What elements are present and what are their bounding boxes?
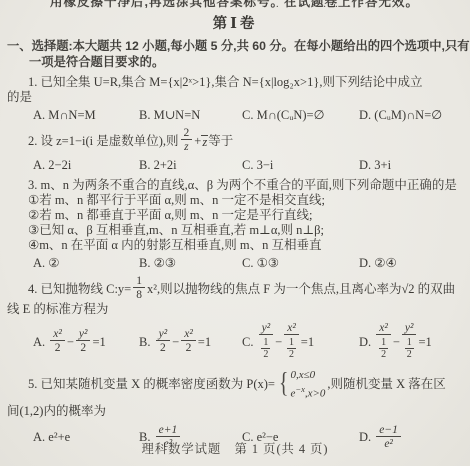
question-2-option-d: D. 3+i xyxy=(359,158,470,173)
fraction-numerator: x² xyxy=(50,328,65,341)
question-4-options: A. x² 2 − y² 2 =1 B. y² xyxy=(0,323,470,361)
part-title: 第Ⅰ卷 xyxy=(0,12,470,33)
question-5-stem-prefix: 5. 已知某随机变量 X 的概率密度函数为 P(x)= xyxy=(28,377,275,392)
question-5-stem-line-1: 5. 已知某随机变量 X 的概率密度函数为 P(x)= { 0,x≤0 e−x,… xyxy=(0,368,470,401)
question-3-option-a: A. ② xyxy=(33,256,139,271)
question-3-option-b: B. ②③ xyxy=(139,256,242,271)
fraction-denominator: 2 xyxy=(407,349,412,360)
fraction-2-over-z: 2 z xyxy=(181,127,193,153)
fraction-denominator: 2 xyxy=(80,341,86,354)
piecewise-row-1: 0,x≤0 xyxy=(290,368,325,382)
question-2-stem-prefix: 2. 设 z=1−i(i 是虚数单位),则 xyxy=(28,134,179,149)
exam-paper-page: 用橡皮擦干净后,再选涂其他答案标号。在试题卷上作答无效。 ···········… xyxy=(0,0,470,466)
fraction-one-half: 1 2 xyxy=(261,338,270,360)
fraction-one-half: 1 2 xyxy=(379,338,388,360)
fraction-denominator: 2 xyxy=(160,341,166,354)
paper-content: 第Ⅰ卷 一、选择题:本大题共 12 小题,每小题 5 分,共 60 分。在每小题… xyxy=(0,0,470,451)
fraction-y2-over-2: y² 2 xyxy=(76,328,91,354)
question-1-stem-line-1: 1. 已知全集 U=R,集合 M={x|2ˣ>1},集合 N={x|log₂x>… xyxy=(0,75,470,90)
question-5-stem-rest: ,则随机变量 X 落在区 xyxy=(327,377,445,392)
plus-sign: + xyxy=(194,134,201,149)
question-1-options: A. M∩N=M B. M∪N=N C. M∩(CᵤN)=∅ D. (CᵤM)∩… xyxy=(0,108,470,123)
left-brace: { xyxy=(279,371,288,397)
question-3-option-d: D. ②④ xyxy=(359,256,470,271)
question-2-stem: 2. 设 z=1−i(i 是虚数单位),则 2 z + z 等于 xyxy=(0,128,470,154)
question-3-item-1: ①若 m、n 都平行于平面 α,则 m、n 一定不是相交直线; xyxy=(0,193,470,208)
question-4-option-a: A. x² 2 − y² 2 =1 xyxy=(33,323,139,361)
instruction-line-1: 一、选择题:本大题共 12 小题,每小题 5 分,共 60 分。在每小题给出的四… xyxy=(0,39,470,55)
fraction-y2-over-2: y² 2 xyxy=(156,328,171,354)
equals-one: =1 xyxy=(301,335,314,350)
question-1-stem-line-2: 的是 xyxy=(0,90,470,105)
question-3-item-3: ③已知 α、β 互相垂直,m、n 互相垂直,若 m⊥α,则 n⊥β; xyxy=(0,223,470,238)
fraction-denominator: 1 2 xyxy=(287,335,296,360)
fraction-denominator: z xyxy=(184,140,188,153)
fraction-denominator: 1 2 xyxy=(261,335,270,360)
question-2-option-b: B. 2+2i xyxy=(139,158,242,173)
page-footer: 理科数学试题 第 1 页(共 4 页) xyxy=(0,439,470,457)
question-4-stem-rest: x²,则以抛物线的焦点 F 为一个焦点,且离心率为√2 的双曲 xyxy=(147,282,455,297)
fraction-1-over-8: 1 8 xyxy=(133,275,145,301)
question-4-option-b: B. y² 2 − x² 2 =1 xyxy=(139,323,242,361)
fraction-numerator: e+1 xyxy=(156,424,181,437)
instruction-line-2: 一项是符合题目要求的。 xyxy=(0,55,470,71)
fraction-x2-over-2: x² 2 xyxy=(50,328,65,354)
z-conjugate: z xyxy=(201,135,208,148)
question-2-options: A. 2−2i B. 2+2i C. 3−i D. 3+i xyxy=(0,158,470,173)
fraction-numerator: x² xyxy=(284,322,299,335)
fraction-numerator: 1 xyxy=(379,338,388,349)
fraction-x2-over-2: x² 2 xyxy=(181,328,196,354)
question-4-stem-line-2: 线 E 的标准方程为 xyxy=(0,302,470,317)
fraction-denominator: 2 xyxy=(186,341,192,354)
option-label: A. xyxy=(33,335,45,350)
piecewise-function: { 0,x≤0 e−x,x>0 xyxy=(277,368,325,401)
option-label: D. xyxy=(359,335,371,350)
fraction-numerator: y² xyxy=(402,322,417,335)
fraction-numerator: y² xyxy=(76,328,91,341)
fraction-numerator: e−1 xyxy=(376,424,401,437)
fraction-denominator: 2 xyxy=(263,349,268,360)
fraction-y2-over-half: y² 1 2 xyxy=(402,322,417,360)
question-2-stem-suffix: 等于 xyxy=(208,134,233,149)
question-2-option-c: C. 3−i xyxy=(242,158,359,173)
fraction-numerator: 1 xyxy=(287,338,296,349)
piecewise-row-2: e−x,x>0 xyxy=(290,382,325,401)
question-1: 1. 已知全集 U=R,集合 M={x|2ˣ>1},集合 N={x|log₂x>… xyxy=(0,75,470,123)
minus-sign: − xyxy=(172,335,179,350)
question-5-stem-line-2: 间(1,2)内的概率为 xyxy=(0,404,470,419)
fraction-numerator: y² xyxy=(259,322,274,335)
question-3-item-2: ②若 m、n 都垂直于平面 α,则 m、n 一定是平行直线; xyxy=(0,208,470,223)
question-3-stem: 3. m、n 为两条不重合的直线,α、β 为两个不重合的平面,则下列命题中正确的… xyxy=(0,178,470,193)
fraction-x2-over-half: x² 1 2 xyxy=(284,322,299,360)
option-label: C. xyxy=(242,335,253,350)
fraction-one-half: 1 2 xyxy=(405,338,414,360)
fraction-numerator: 1 xyxy=(133,275,145,288)
fraction-x2-over-half: x² 1 2 xyxy=(376,322,391,360)
minus-sign: − xyxy=(393,335,400,350)
question-1-option-d: D. (CᵤM)∩N=∅ xyxy=(359,108,470,123)
question-1-option-c: C. M∩(CᵤN)=∅ xyxy=(242,108,359,123)
fraction-denominator: 8 xyxy=(136,288,142,301)
question-3-options: A. ② B. ②③ C. ①③ D. ②④ xyxy=(0,256,470,271)
fraction-denominator: 2 xyxy=(55,341,61,354)
emphasis-dots: ··········· xyxy=(252,2,382,13)
equals-one: =1 xyxy=(418,335,431,350)
question-1-option-a: A. M∩N=M xyxy=(33,108,139,123)
question-4: 4. 已知抛物线 C:y= 1 8 x²,则以抛物线的焦点 F 为一个焦点,且离… xyxy=(0,276,470,361)
question-2-option-a: A. 2−2i xyxy=(33,158,139,173)
fraction-y2-over-half: y² 1 2 xyxy=(259,322,274,360)
fraction-numerator: x² xyxy=(376,322,391,335)
fraction-numerator: 1 xyxy=(261,338,270,349)
minus-sign: − xyxy=(67,335,74,350)
question-3: 3. m、n 为两条不重合的直线,α、β 为两个不重合的平面,则下列命题中正确的… xyxy=(0,178,470,271)
fraction-denominator: 1 2 xyxy=(405,335,414,360)
exponent: −x xyxy=(295,384,305,394)
equals-one: =1 xyxy=(92,335,105,350)
question-4-option-d: D. x² 1 2 − y² xyxy=(359,323,470,361)
fraction-numerator: y² xyxy=(156,328,171,341)
section-instructions: 一、选择题:本大题共 12 小题,每小题 5 分,共 60 分。在每小题给出的四… xyxy=(0,39,470,70)
piecewise-rows: 0,x≤0 e−x,x>0 xyxy=(290,368,325,401)
fraction-denominator: 2 xyxy=(289,349,294,360)
question-2: 2. 设 z=1−i(i 是虚数单位),则 2 z + z 等于 A. 2−2i… xyxy=(0,128,470,173)
question-4-option-c: C. y² 1 2 − x² xyxy=(242,323,359,361)
question-3-option-c: C. ①③ xyxy=(242,256,359,271)
question-1-option-b: B. M∪N=N xyxy=(139,108,242,123)
fraction-numerator: 1 xyxy=(405,338,414,349)
fraction-numerator: x² xyxy=(181,328,196,341)
question-4-stem-line-1: 4. 已知抛物线 C:y= 1 8 x²,则以抛物线的焦点 F 为一个焦点,且离… xyxy=(0,276,470,302)
option-label: B. xyxy=(139,335,150,350)
minus-sign: − xyxy=(275,335,282,350)
fraction-denominator: 1 2 xyxy=(379,335,388,360)
equals-one: =1 xyxy=(198,335,211,350)
fraction-one-half: 1 2 xyxy=(287,338,296,360)
fraction-numerator: 2 xyxy=(181,127,193,140)
question-3-item-4: ④m、n 在平面 α 内的射影互相垂直,则 m、n 互相垂直 xyxy=(0,238,470,253)
piecewise-row-2-condition: ,x>0 xyxy=(305,388,326,400)
fraction-denominator: 2 xyxy=(381,349,386,360)
question-4-stem-prefix: 4. 已知抛物线 C:y= xyxy=(28,282,131,297)
